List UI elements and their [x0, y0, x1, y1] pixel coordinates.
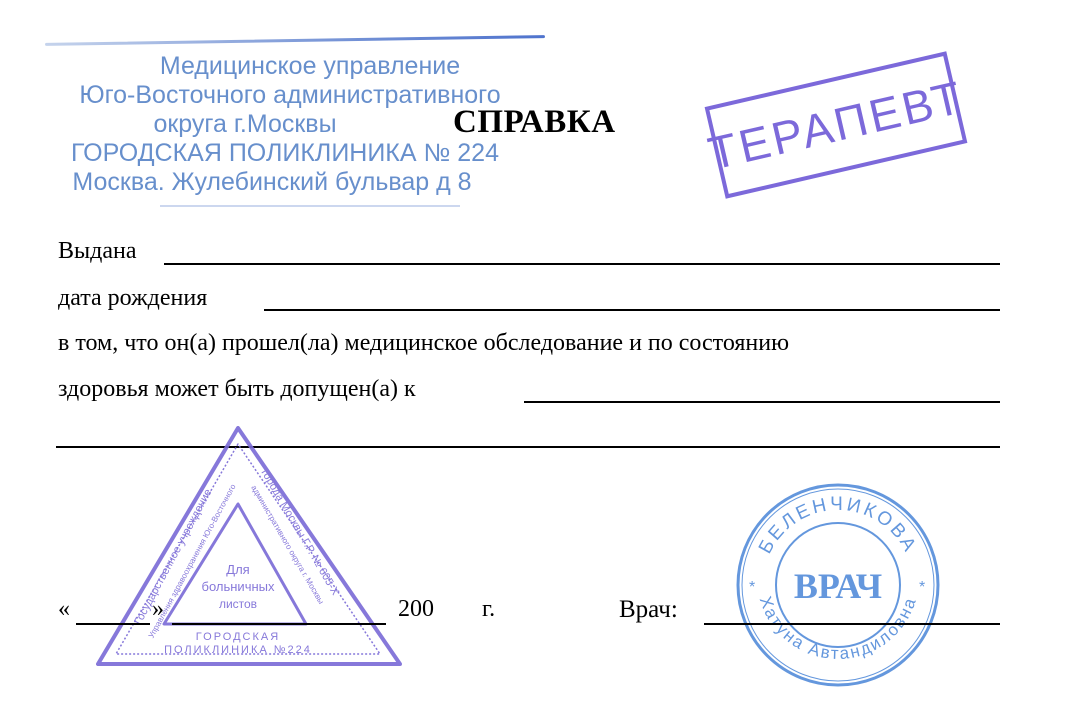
issued-to-field[interactable]	[164, 263, 1000, 265]
triangle-stamp-bottom-line: ГОРОДСКАЯ	[196, 631, 280, 643]
institution-stamp-line: Москва. Жулебинский бульвар д 8	[0, 168, 560, 197]
triangle-stamp: Государственное учреждение Управления зд…	[88, 424, 408, 674]
admitted-row: здоровья может быть допущен(а) к	[58, 376, 416, 403]
doctor-signature-field[interactable]	[704, 623, 1000, 625]
admitted-to-field[interactable]	[524, 401, 1000, 403]
triangle-stamp-left-outer: Государственное учреждение	[132, 487, 214, 627]
statement-line-1: в том, что он(а) прошел(ла) медицинское …	[58, 330, 789, 357]
doctor-stamp-separator: *	[919, 579, 925, 596]
date-month-field[interactable]	[172, 623, 386, 625]
specialty-stamp-text: ТЕРАПЕВТ	[703, 69, 968, 180]
institution-stamp-border-top	[45, 35, 545, 46]
birth-date-label: дата рождения	[58, 285, 207, 312]
birth-date-row: дата рождения	[58, 285, 207, 312]
doctor-label: Врач:	[619, 596, 678, 624]
specialty-stamp: ТЕРАПЕВТ	[705, 51, 968, 198]
date-close-quote: »	[152, 596, 164, 623]
institution-stamp-border-bottom	[160, 205, 460, 207]
institution-stamp-line: Медицинское управление	[60, 52, 560, 81]
issued-to-label: Выдана	[58, 238, 137, 265]
triangle-stamp-center-line: Для	[226, 562, 249, 577]
doctor-stamp-separator: *	[749, 579, 755, 596]
admitted-label: здоровья может быть допущен(а) к	[58, 376, 416, 403]
institution-stamp-line: ГОРОДСКАЯ ПОЛИКЛИНИКА № 224	[10, 139, 560, 168]
doctor-stamp: БЕЛЕНЧИКОВА Хатуна Автандиловна * * ВРАЧ	[735, 482, 941, 688]
triangle-stamp-bottom-line: ПОЛИКЛИНИКА №224	[164, 644, 312, 656]
date-year-prefix: 200	[398, 596, 434, 623]
birth-date-field[interactable]	[264, 309, 1000, 311]
triangle-stamp-center-line: больничных	[202, 579, 275, 594]
document-title: СПРАВКА	[453, 104, 616, 141]
triangle-stamp-center-line: листов	[219, 597, 257, 611]
date-year-suffix: г.	[482, 596, 495, 623]
doctor-stamp-title: ВРАЧ	[794, 566, 882, 606]
date-day-field[interactable]	[76, 623, 150, 625]
date-open-quote: «	[58, 596, 70, 623]
issued-to-row: Выдана	[58, 238, 137, 265]
